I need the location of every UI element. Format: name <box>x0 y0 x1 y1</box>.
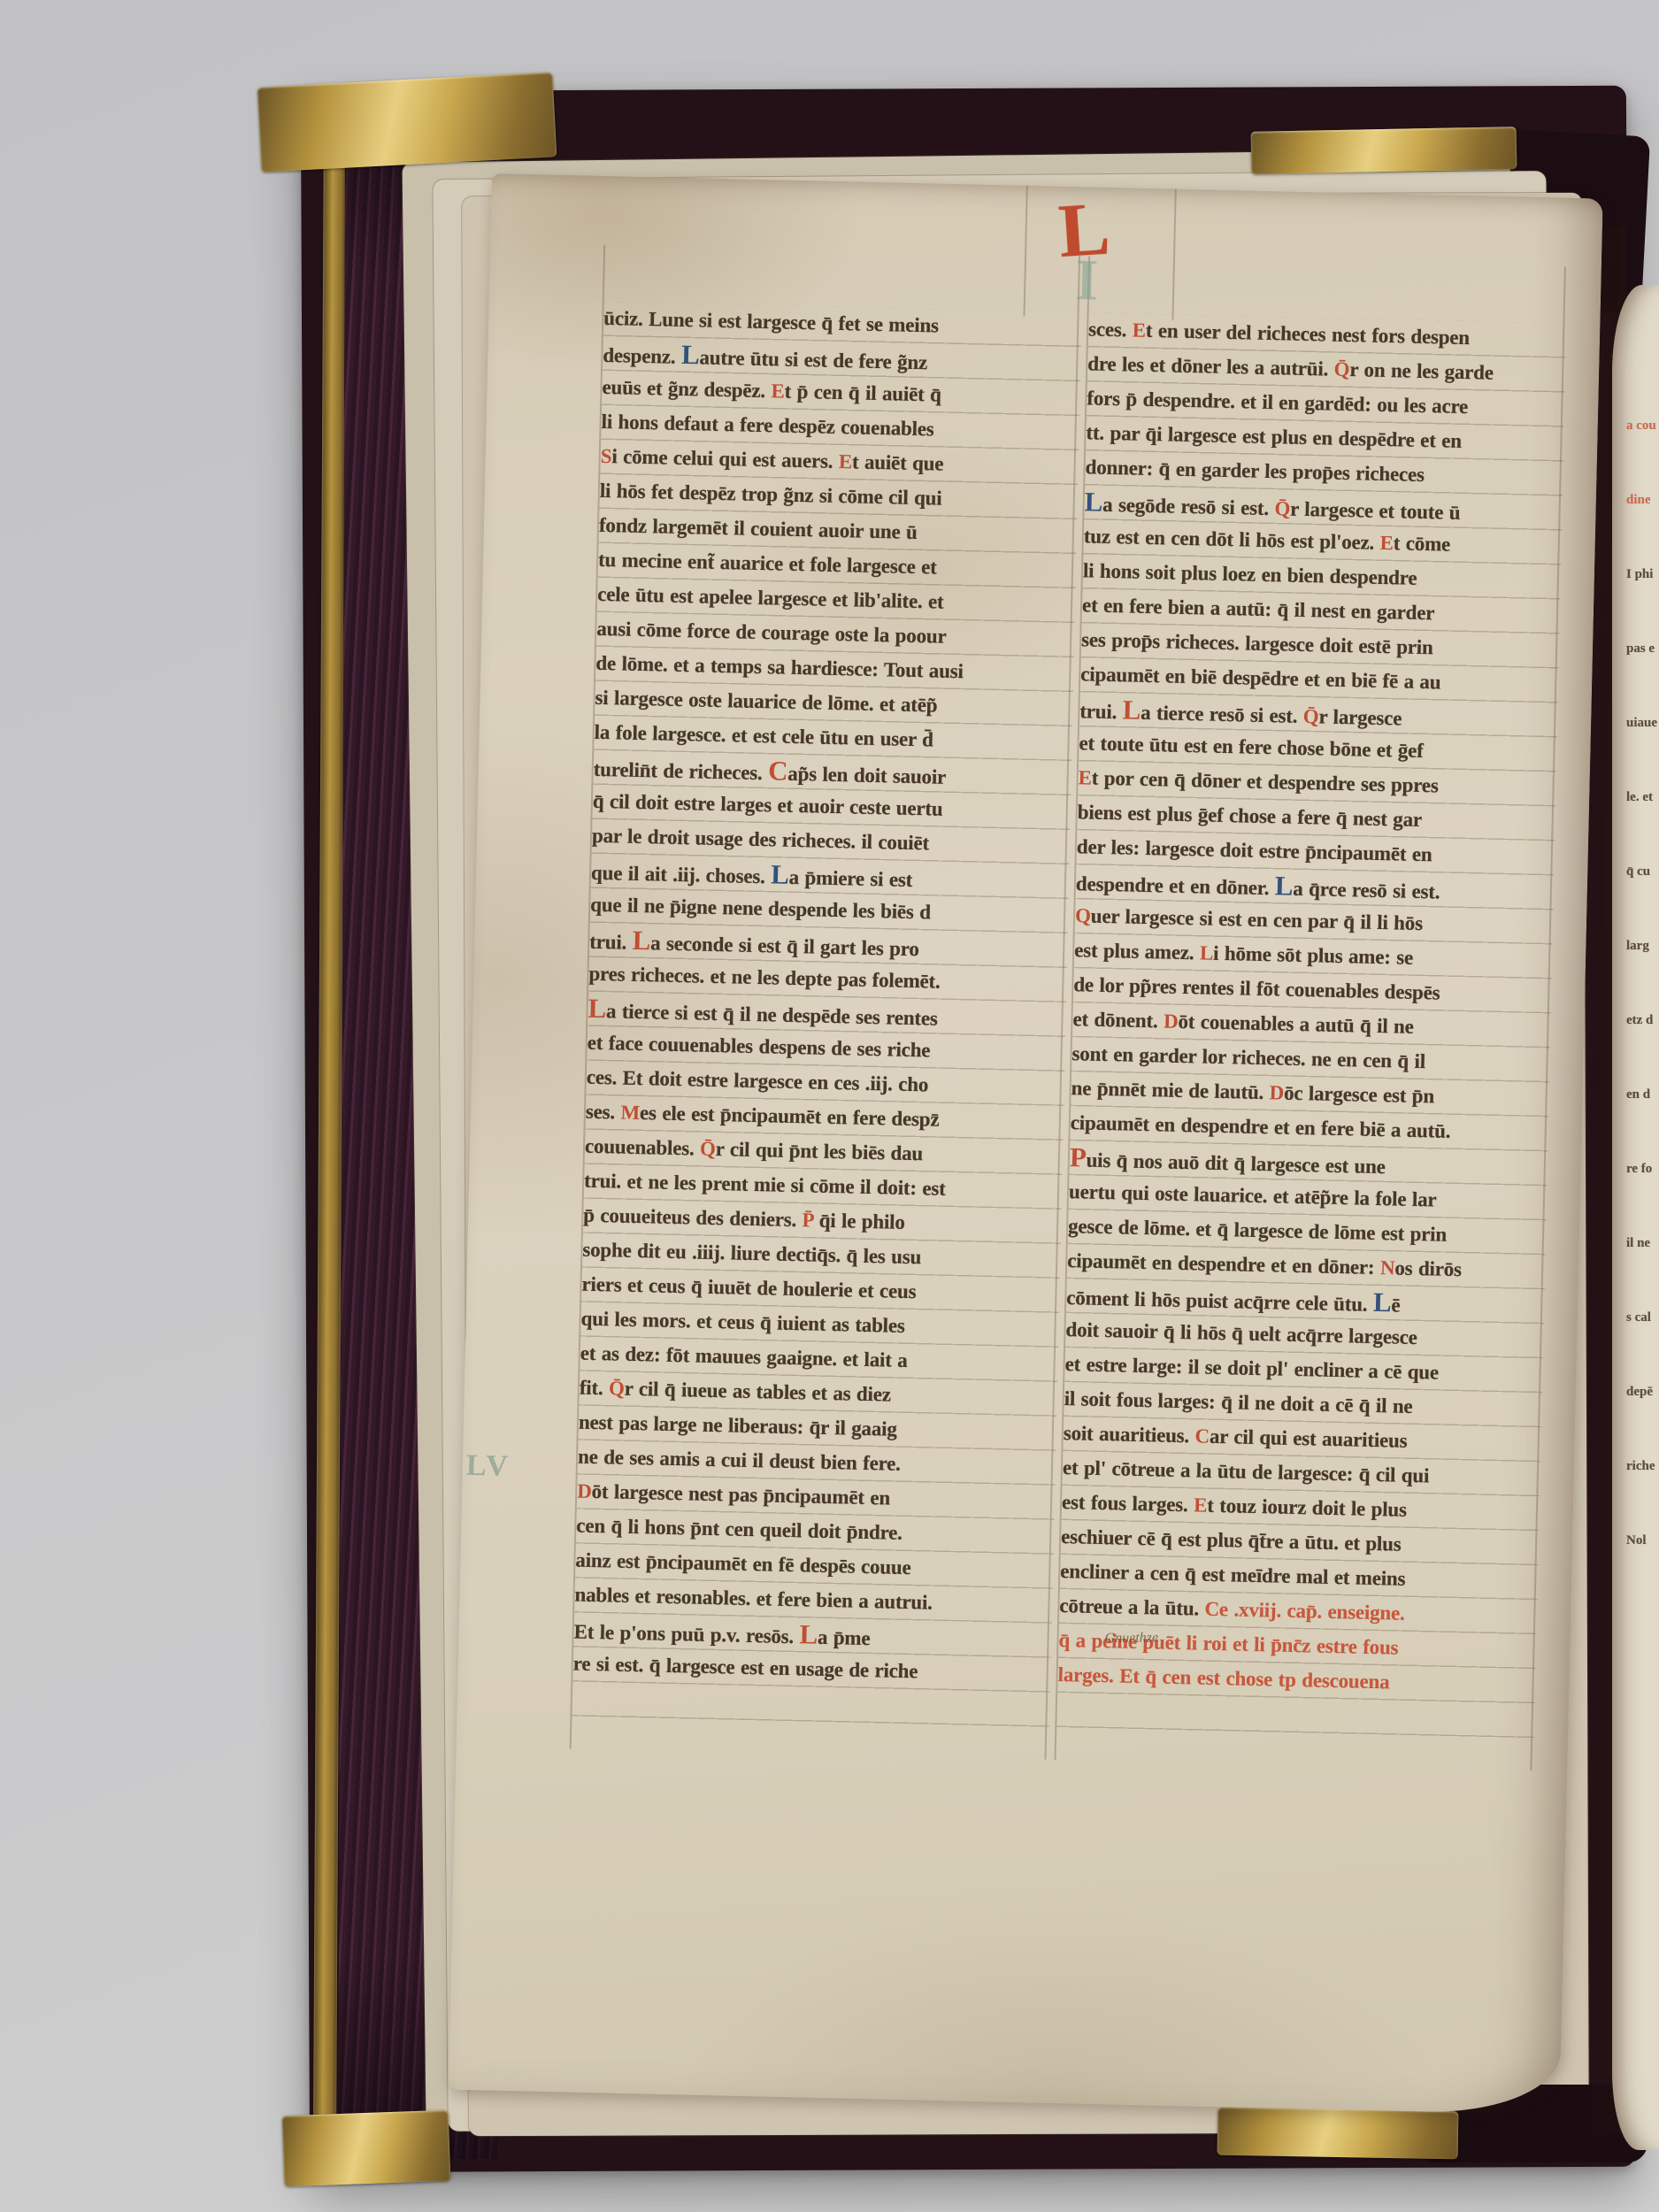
text-segment: est plus amez. <box>1074 939 1200 964</box>
text-segment: os dirōs <box>1394 1256 1462 1280</box>
text-segment: trui. et ne les prent mie si cōme il doi… <box>584 1170 946 1200</box>
text-line: le. et <box>1626 789 1659 864</box>
text-segment: s cal <box>1626 1310 1651 1325</box>
text-segment: ōc largesce est p̄n <box>1284 1082 1434 1108</box>
text-segment: autre ūtu si est de fere g̃nz <box>699 346 927 373</box>
text-segment: Q <box>1075 904 1091 926</box>
text-segment: donner: q̄ en garder les prop̄es richece… <box>1085 456 1425 486</box>
text-segment: r on ne les garde <box>1349 358 1494 384</box>
text-segment: pres richeces. et ne les depte pas folem… <box>588 963 941 993</box>
text-segment: cen q̄ li hons p̄nt cen queil doit p̄ndr… <box>576 1515 902 1544</box>
text-segment: P̄ <box>802 1209 813 1231</box>
text-segment: q̄ cil doit estre larges et auoir ceste … <box>593 790 943 820</box>
text-segment: I phi <box>1626 567 1653 581</box>
text-segment: E <box>1078 766 1092 788</box>
text-segment: uer largesce si est en cen par q̄ il li … <box>1091 905 1424 935</box>
text-segment: ne p̄nnēt mie de lautū. <box>1071 1077 1270 1103</box>
text-segment: tt. par q̄i largesce est plus en despēdr… <box>1086 421 1462 452</box>
text-segment: riche <box>1626 1459 1655 1473</box>
text-segment: biens est plus ḡef chose a fere q̄ nest … <box>1078 801 1423 831</box>
text-line: en d <box>1626 1087 1659 1161</box>
text-segment: a p̄me <box>818 1626 871 1649</box>
text-segment: re fo <box>1626 1162 1652 1176</box>
text-segment: et dōnent. <box>1072 1008 1164 1032</box>
text-line: re fo <box>1626 1161 1659 1235</box>
text-segment: uis q̄ nos auō dit q̄ largesce est une <box>1086 1149 1386 1179</box>
text-segment: fit. <box>580 1377 610 1400</box>
text-segment: r cil qui p̄nt les biēs dau <box>716 1138 924 1164</box>
text-segment: le. et <box>1626 790 1653 804</box>
text-segment: L <box>1122 694 1141 725</box>
text-segment: ses prop̄s richeces. largesce doit estē … <box>1081 628 1433 658</box>
text-segment: C <box>1194 1425 1210 1447</box>
text-segment: ap̃s len doit sauoir <box>787 763 946 788</box>
text-segment: que il ne p̄igne nene despende les biēs … <box>590 894 931 924</box>
text-segment: pas e <box>1626 641 1655 656</box>
rubric-text: Ce .xviij. cap̄. enseigne. <box>1204 1598 1405 1624</box>
text-segment: N <box>1380 1256 1395 1279</box>
text-segment: P <box>1070 1141 1087 1172</box>
right-text-column: sces. Et en user del richeces nest fors … <box>1056 312 1567 1765</box>
text-segment: encliner a cen q̄ est meīdre mal et mein… <box>1060 1560 1406 1590</box>
text-segment: L <box>771 858 789 889</box>
facing-page-edge: a coudineI phipas euiauele. etq̄ cularge… <box>1612 285 1659 2150</box>
text-segment: a q̄rce resō si est. <box>1293 878 1440 903</box>
text-segment: a p̄miere si est <box>788 866 912 891</box>
text-segment: E <box>1133 319 1147 341</box>
text-segment: cipaumēt en biē despēdre et en biē fē a … <box>1080 663 1441 693</box>
text-segment: nest pas large ne liberaus: q̄r il gaaig <box>579 1411 897 1440</box>
facing-page-text-fragments: a coudineI phipas euiauele. etq̄ cularge… <box>1626 418 1659 1607</box>
text-segment: r largesce <box>1318 705 1402 729</box>
text-segment: t por cen q̄ dōner et despendre ses ppre… <box>1092 767 1439 797</box>
text-segment: ōt largesce nest pas p̄ncipaumēt en <box>591 1480 890 1509</box>
manuscript-page: L I LV ūciz. Lune si est largesce q̄ fet… <box>449 173 1603 2115</box>
text-line: s cal <box>1626 1310 1659 1384</box>
text-segment: et estre large: il se doit pl' encliner … <box>1064 1353 1439 1384</box>
text-segment: E <box>1194 1494 1208 1516</box>
text-segment: tuz est en cen dōt li hōs est pl'oez. <box>1084 525 1380 554</box>
left-text-column: ūciz. Lune si est largesce q̄ fet se mei… <box>572 302 1082 1755</box>
text-segment: li hons defaut a fere despēz couenables <box>601 411 933 441</box>
text-segment: fondz largemēt il couient auoir une ū <box>599 514 918 543</box>
text-segment: cōtreue a la ūtu. <box>1059 1594 1205 1620</box>
text-segment: E <box>771 380 785 402</box>
text-segment: Q̄ <box>1333 358 1349 380</box>
text-segment: et en fere bien a autū: q̄ il nest en ga… <box>1082 594 1435 624</box>
text-segment: E <box>1379 532 1394 554</box>
text-segment: despenz. <box>603 344 681 368</box>
text-line: Nol <box>1626 1532 1659 1607</box>
text-segment: gesce de lōme. et q̄ largesce de lōme es… <box>1068 1215 1447 1246</box>
text-segment: Nol <box>1626 1533 1647 1548</box>
text-segment: L <box>1373 1286 1392 1317</box>
rubric-text: a cou <box>1626 419 1656 433</box>
text-segment: Q̄ <box>609 1377 625 1399</box>
text-segment: il ne <box>1626 1236 1650 1250</box>
text-segment: li hōs fet despēz trop g̃nz si cōme cil … <box>600 480 942 510</box>
text-segment: Et le p'ons puū p.v. resōs. <box>573 1621 799 1648</box>
text-segment: ē <box>1391 1294 1401 1316</box>
ruling-line-vertical <box>1023 186 1027 317</box>
text-segment: r cil q̄ iueue as tables et as diez <box>625 1378 892 1406</box>
text-segment: L <box>799 1618 818 1649</box>
text-segment: cōment li hōs puist acq̄rre cele ūtu. <box>1066 1286 1373 1316</box>
text-segment: ausi cōme force de courage oste la poour <box>596 618 947 648</box>
text-segment: cele ūtu est apelee largesce et lib'alit… <box>597 583 944 613</box>
text-segment: larg <box>1626 939 1649 953</box>
text-segment: es ele est p̄ncipaumēt en fere despz̄ <box>640 1102 940 1131</box>
text-segment: t auiēt que <box>852 450 944 474</box>
text-segment: uiaue <box>1626 716 1657 730</box>
text-segment: il soit fous larges: q̄ il ne doit a cē … <box>1064 1387 1412 1417</box>
text-line: q̄ cu <box>1626 864 1659 938</box>
text-segment: L <box>588 993 606 1024</box>
text-segment: sophe dit eu .iiij. liure dectiq̄s. q̄ l… <box>582 1239 921 1269</box>
text-segment: cipaumēt en despendre et en dōner: <box>1067 1249 1380 1279</box>
text-segment: ses. <box>586 1101 621 1124</box>
text-segment: i hōme sōt plus ame: se <box>1213 942 1413 969</box>
text-segment: est fous larges. <box>1062 1491 1194 1516</box>
text-segment: de lōme. et a temps sa hardiesce: Tout a… <box>595 652 964 682</box>
text-segment: a tierce si est q̄ il ne despēde ses ren… <box>606 1000 938 1029</box>
text-segment: r largesce et toute ū <box>1290 498 1461 524</box>
text-segment: etz d <box>1626 1013 1653 1027</box>
margin-signature-mark: LV <box>465 1449 511 1484</box>
text-segment: et as dez: fōt mauues gaaigne. et lait a <box>580 1342 907 1371</box>
text-segment: L <box>632 925 650 956</box>
text-segment: p̄ couueiteus des deniers. <box>583 1204 803 1232</box>
text-segment: L <box>681 339 700 370</box>
text-segment: si largesce oste lauarice de lōme. et at… <box>595 687 937 717</box>
text-line: etz d <box>1626 1012 1659 1087</box>
text-segment: uertu qui oste lauarice. et atēp̃re la f… <box>1069 1180 1437 1210</box>
text-segment: C <box>768 755 788 786</box>
text-segment: a segōde resō si est. <box>1102 494 1275 519</box>
text-segment: tu mecine ent̃ auarice et fole largesce … <box>598 549 937 579</box>
text-segment: D <box>1269 1081 1284 1103</box>
text-segment: ōt couenables a autū q̄ il ne <box>1178 1010 1414 1038</box>
gilt-corner-bottom-left <box>282 2110 451 2187</box>
rubric-text: larges. Et q̄ cen est chose tp descouena <box>1057 1663 1389 1693</box>
text-segment: i cōme celui qui est auers. <box>611 445 839 472</box>
gilt-edge-top-right <box>1251 127 1517 174</box>
text-segment: fors p̄ despendre. et il en gardēd: ou l… <box>1087 387 1468 418</box>
text-segment: a seconde si est q̄ il gart les pro <box>650 932 919 960</box>
text-line: depē <box>1626 1384 1659 1458</box>
text-segment: doit sauoir q̄ li hōs q̄ uelt acq̄rre la… <box>1065 1318 1417 1348</box>
text-segment: et pl' cōtreue a la ūtu de largesce: q̄ … <box>1063 1456 1430 1486</box>
text-segment: ūciz. Lune si est largesce q̄ fet se mei… <box>603 307 939 337</box>
text-segment: ainz est p̄ncipaumēt en fē despēs couue <box>575 1549 911 1579</box>
text-segment: ne de ses amis a cui il deust bien fere. <box>578 1446 901 1475</box>
scribal-gloss: Gnuethze <box>1105 1630 1159 1647</box>
text-segment: S <box>601 445 612 467</box>
text-line: I phi <box>1626 566 1659 641</box>
text-line: il ne <box>1626 1235 1659 1310</box>
text-segment: riers et ceus q̄ iuuēt de houlerie et ce… <box>581 1273 916 1303</box>
text-segment: t p̄ cen q̄ il auiēt q̄ <box>784 380 941 406</box>
text-segment: q̄i le philo <box>813 1210 905 1233</box>
text-segment: li hons soit plus loez en bien despendre <box>1083 559 1417 589</box>
text-segment: D <box>577 1480 592 1502</box>
text-segment: despendre et en dōner. <box>1076 872 1275 899</box>
gilt-corner-top-left <box>257 72 557 172</box>
text-segment: re si est. q̄ largesce est en usage de r… <box>573 1653 918 1683</box>
text-segment: trui. <box>589 931 633 954</box>
text-segment: t touz iourz doit le plus <box>1207 1494 1407 1521</box>
text-segment: ar cil qui est auaritieus <box>1210 1425 1408 1452</box>
text-segment: eschiuer cē q̄ est plus q̄t̄re a ūtu. et… <box>1061 1525 1402 1555</box>
text-line: larg <box>1626 938 1659 1012</box>
text-segment: t cōme <box>1394 532 1451 555</box>
text-segment: soit auaritieus. <box>1064 1422 1195 1447</box>
text-segment: que il ait .iij. choses. <box>591 862 772 888</box>
text-segment: la fole largesce. et est cele ūtu en use… <box>594 721 933 751</box>
text-segment: depē <box>1626 1385 1653 1399</box>
text-line: uiaue <box>1626 715 1659 789</box>
text-segment: M <box>620 1102 640 1124</box>
text-segment: de lor pp̃res rentes il fōt couenables d… <box>1073 973 1440 1003</box>
text-segment: trui. <box>1079 700 1123 723</box>
text-segment: ces. Et doit estre largesce en ces .iij.… <box>587 1066 929 1096</box>
text-segment: L <box>1275 870 1294 901</box>
text-segment: sont en garder lor richeces. ne en cen q… <box>1071 1042 1425 1072</box>
text-segment: L <box>1200 941 1214 964</box>
text-segment: qui les mors. et ceus q̄ iuient as table… <box>580 1308 905 1337</box>
text-segment: Q̄ <box>1303 705 1319 727</box>
text-segment: sces. <box>1088 318 1133 341</box>
quire-mark: L I <box>1044 189 1179 325</box>
text-segment: Q̄ <box>700 1138 716 1160</box>
text-segment: t en user del richeces nest fors despen <box>1146 319 1471 349</box>
text-segment: et face couuenables despens de ses riche <box>587 1032 930 1062</box>
text-line: pas e <box>1626 641 1659 715</box>
text-segment: couuenables. <box>585 1135 701 1160</box>
text-segment: cipaumēt en despendre et en fere biē a a… <box>1071 1111 1451 1142</box>
gilt-edge-bottom-right <box>1217 2108 1459 2160</box>
text-line: riche <box>1626 1458 1659 1532</box>
text-segment: q̄ cu <box>1626 864 1650 879</box>
text-segment: par le droit usage des richeces. il coui… <box>592 825 930 855</box>
text-line: dine <box>1626 492 1659 566</box>
text-segment: Q̄ <box>1274 497 1290 519</box>
text-segment: der les: largesce doit estre p̄ncipaumēt… <box>1077 835 1432 865</box>
text-segment: nables et resonables. et fere bien a aut… <box>574 1584 933 1614</box>
quire-mark-faded-letter: I <box>1075 247 1099 315</box>
text-segment: E <box>839 450 853 472</box>
text-segment: a tierce resō si est. <box>1141 702 1303 727</box>
text-line: a cou <box>1626 418 1659 492</box>
text-segment: euūs et g̃nz despēz. <box>602 376 772 402</box>
text-segment: dre les et dōner les a autrūi. <box>1087 352 1334 380</box>
text-segment: en d <box>1626 1087 1650 1102</box>
text-segment: D <box>1164 1010 1179 1032</box>
text-segment: turelin̄t de richeces. <box>593 758 768 784</box>
rubric-text: dine <box>1626 493 1651 507</box>
text-segment: et toute ūtu est en fere chose bōne et ḡ… <box>1079 732 1424 762</box>
text-segment: L <box>1084 486 1102 517</box>
